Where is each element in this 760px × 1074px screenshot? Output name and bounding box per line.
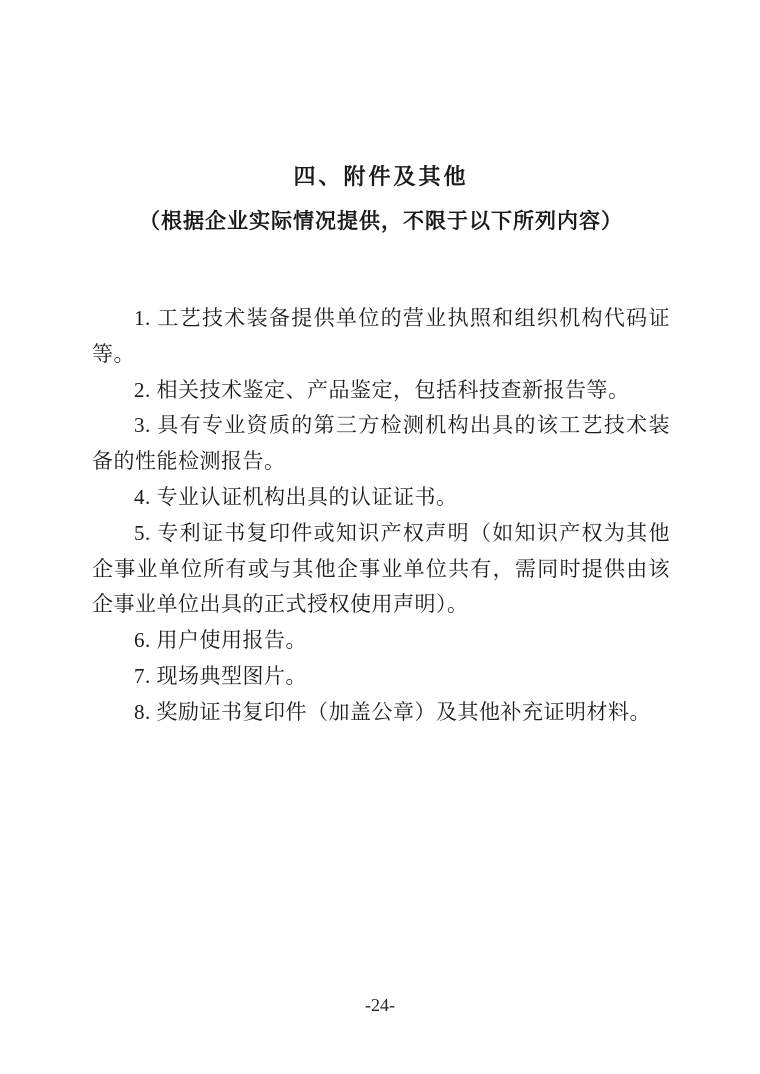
list-item-2: 2. 相关技术鉴定、产品鉴定，包括科技查新报告等。 — [92, 373, 670, 409]
list-item-4: 4. 专业认证机构出具的认证证书。 — [92, 480, 670, 516]
list-item-6: 6. 用户使用报告。 — [92, 623, 670, 659]
list-item-7: 7. 现场典型图片。 — [92, 659, 670, 695]
list-item-8: 8. 奖励证书复印件（加盖公章）及其他补充证明材料。 — [92, 695, 670, 731]
document-page: 四、附件及其他 （根据企业实际情况提供，不限于以下所列内容） 1. 工艺技术装备… — [0, 0, 760, 1074]
section-title: 四、附件及其他 — [92, 160, 670, 191]
list-item-3: 3. 具有专业资质的第三方检测机构出具的该工艺技术装备的性能检测报告。 — [92, 408, 670, 480]
section-subtitle: （根据企业实际情况提供，不限于以下所列内容） — [92, 205, 670, 235]
attachment-list: 1. 工艺技术装备提供单位的营业执照和组织机构代码证等。 2. 相关技术鉴定、产… — [92, 301, 670, 731]
list-item-5: 5. 专利证书复印件或知识产权声明（如知识产权为其他企事业单位所有或与其他企事业… — [92, 516, 670, 623]
page-number: -24- — [0, 995, 760, 1016]
list-item-1: 1. 工艺技术装备提供单位的营业执照和组织机构代码证等。 — [92, 301, 670, 373]
document-content: 四、附件及其他 （根据企业实际情况提供，不限于以下所列内容） 1. 工艺技术装备… — [92, 160, 670, 731]
